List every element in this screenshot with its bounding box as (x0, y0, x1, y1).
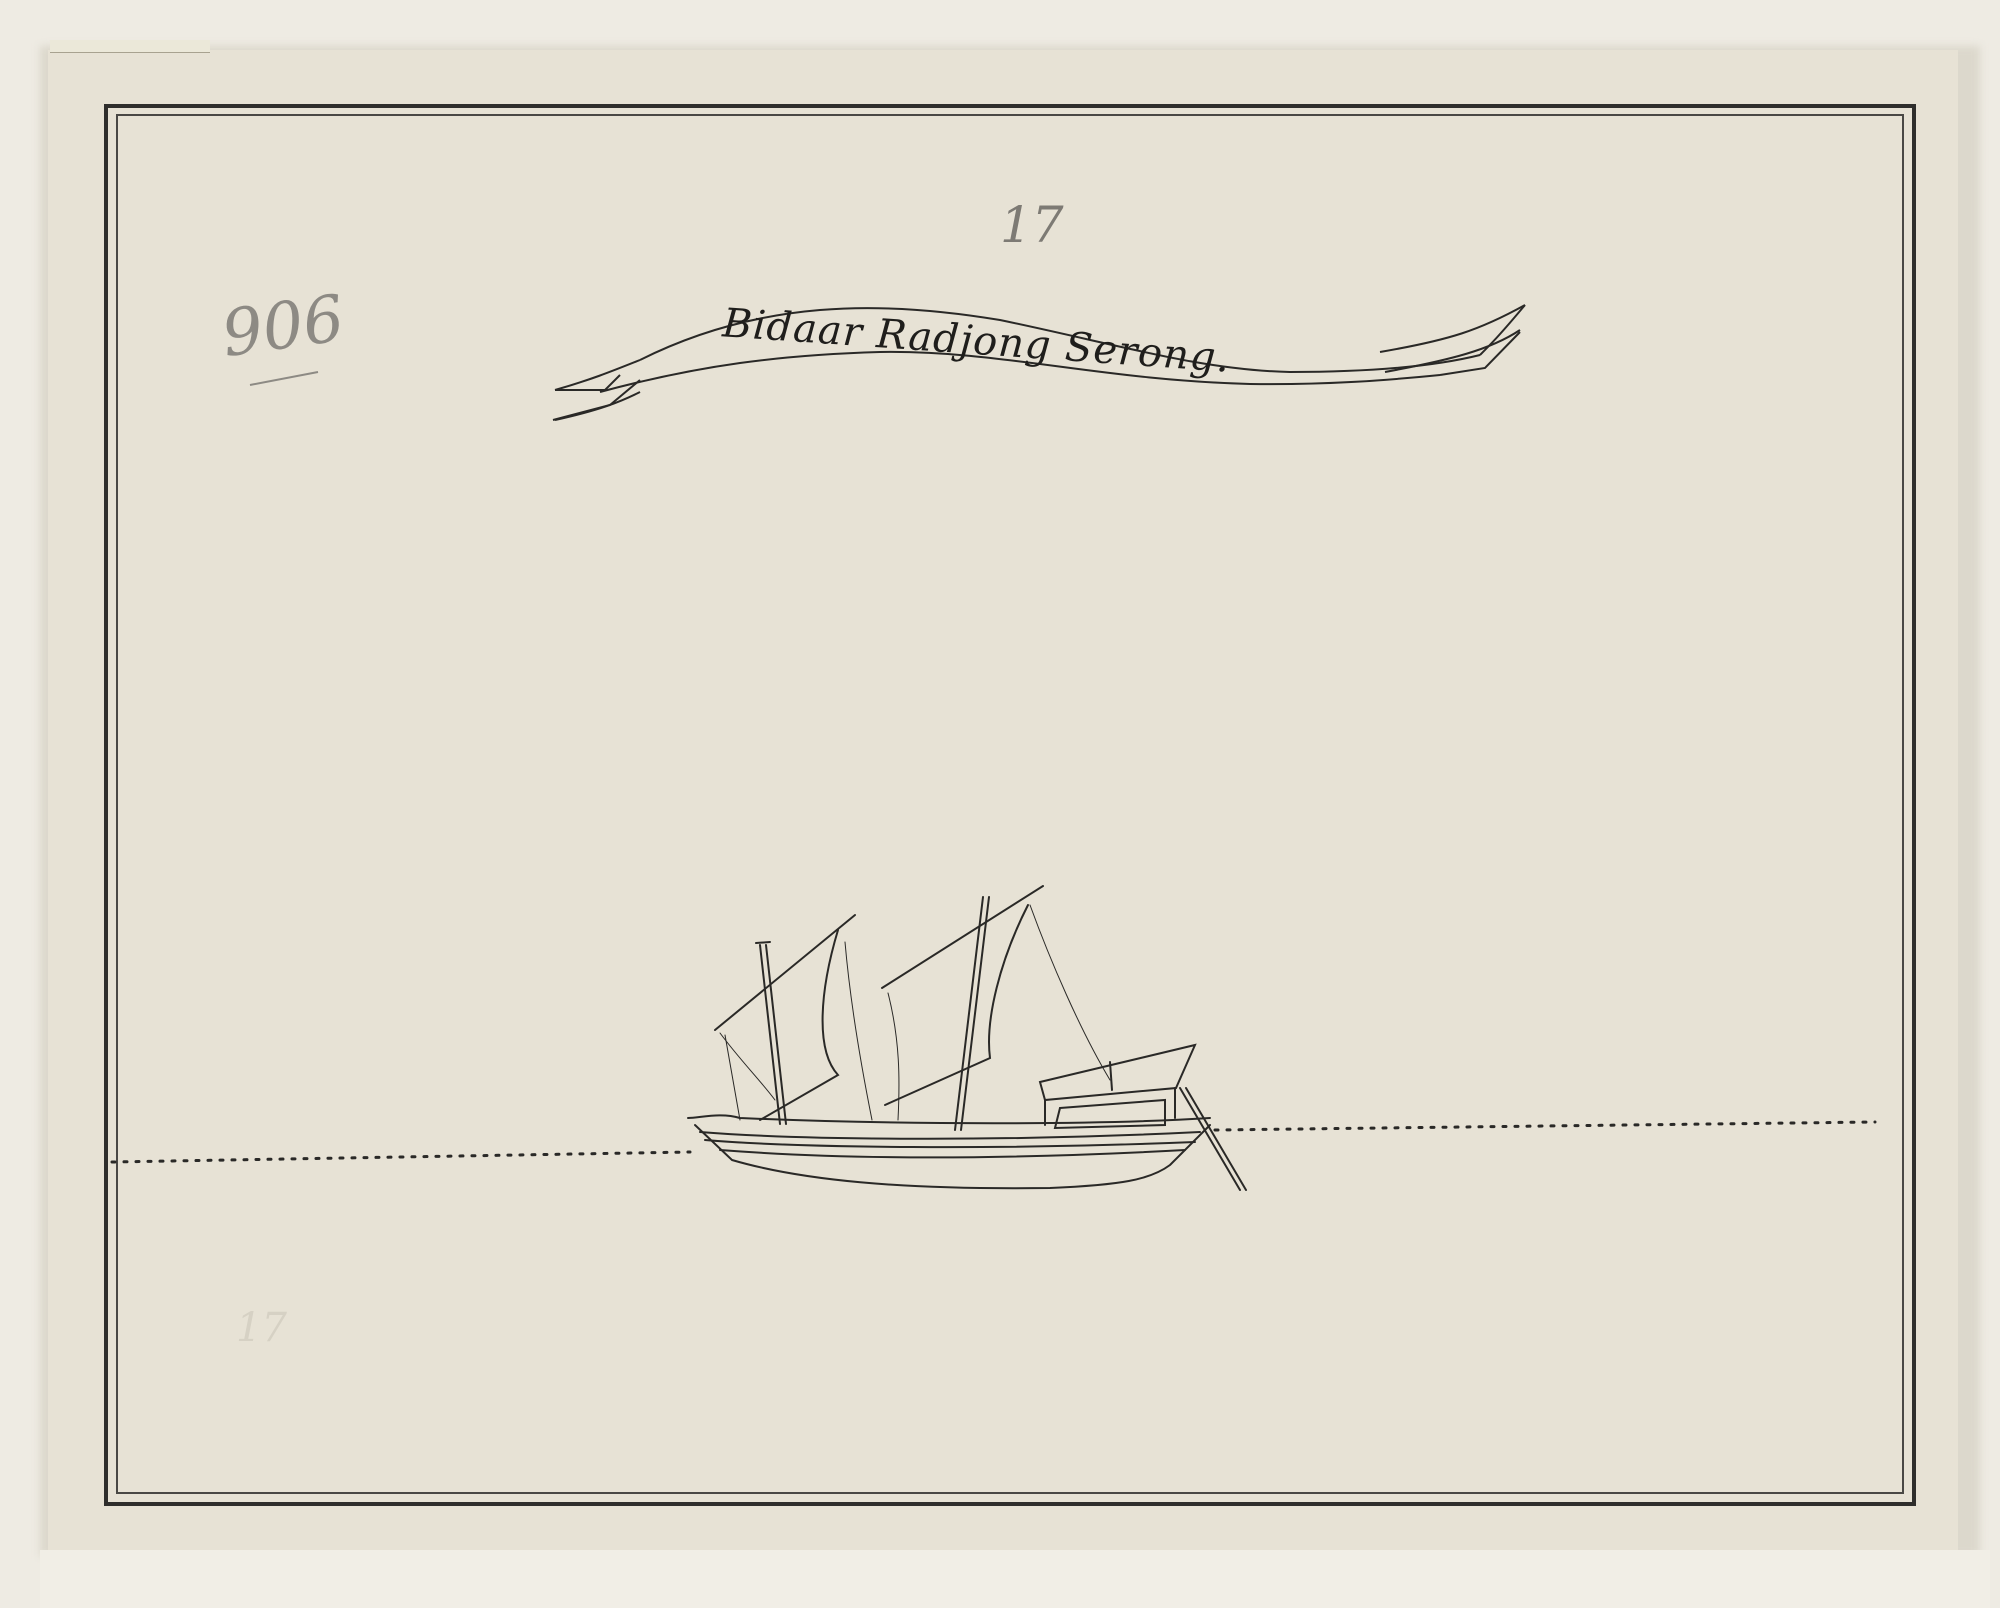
horizon-line (112, 1152, 690, 1162)
sailing-vessel-drawing (0, 0, 2000, 1608)
